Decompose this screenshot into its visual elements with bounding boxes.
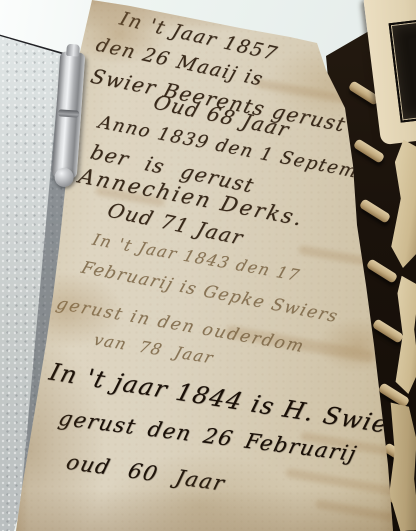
clasp-joint	[58, 109, 79, 117]
book-photograph: In 't Jaar 1857 den 26 Maaij is Swier Be…	[0, 0, 416, 531]
clasp-tip	[66, 44, 80, 57]
engraving-plate	[389, 18, 416, 123]
